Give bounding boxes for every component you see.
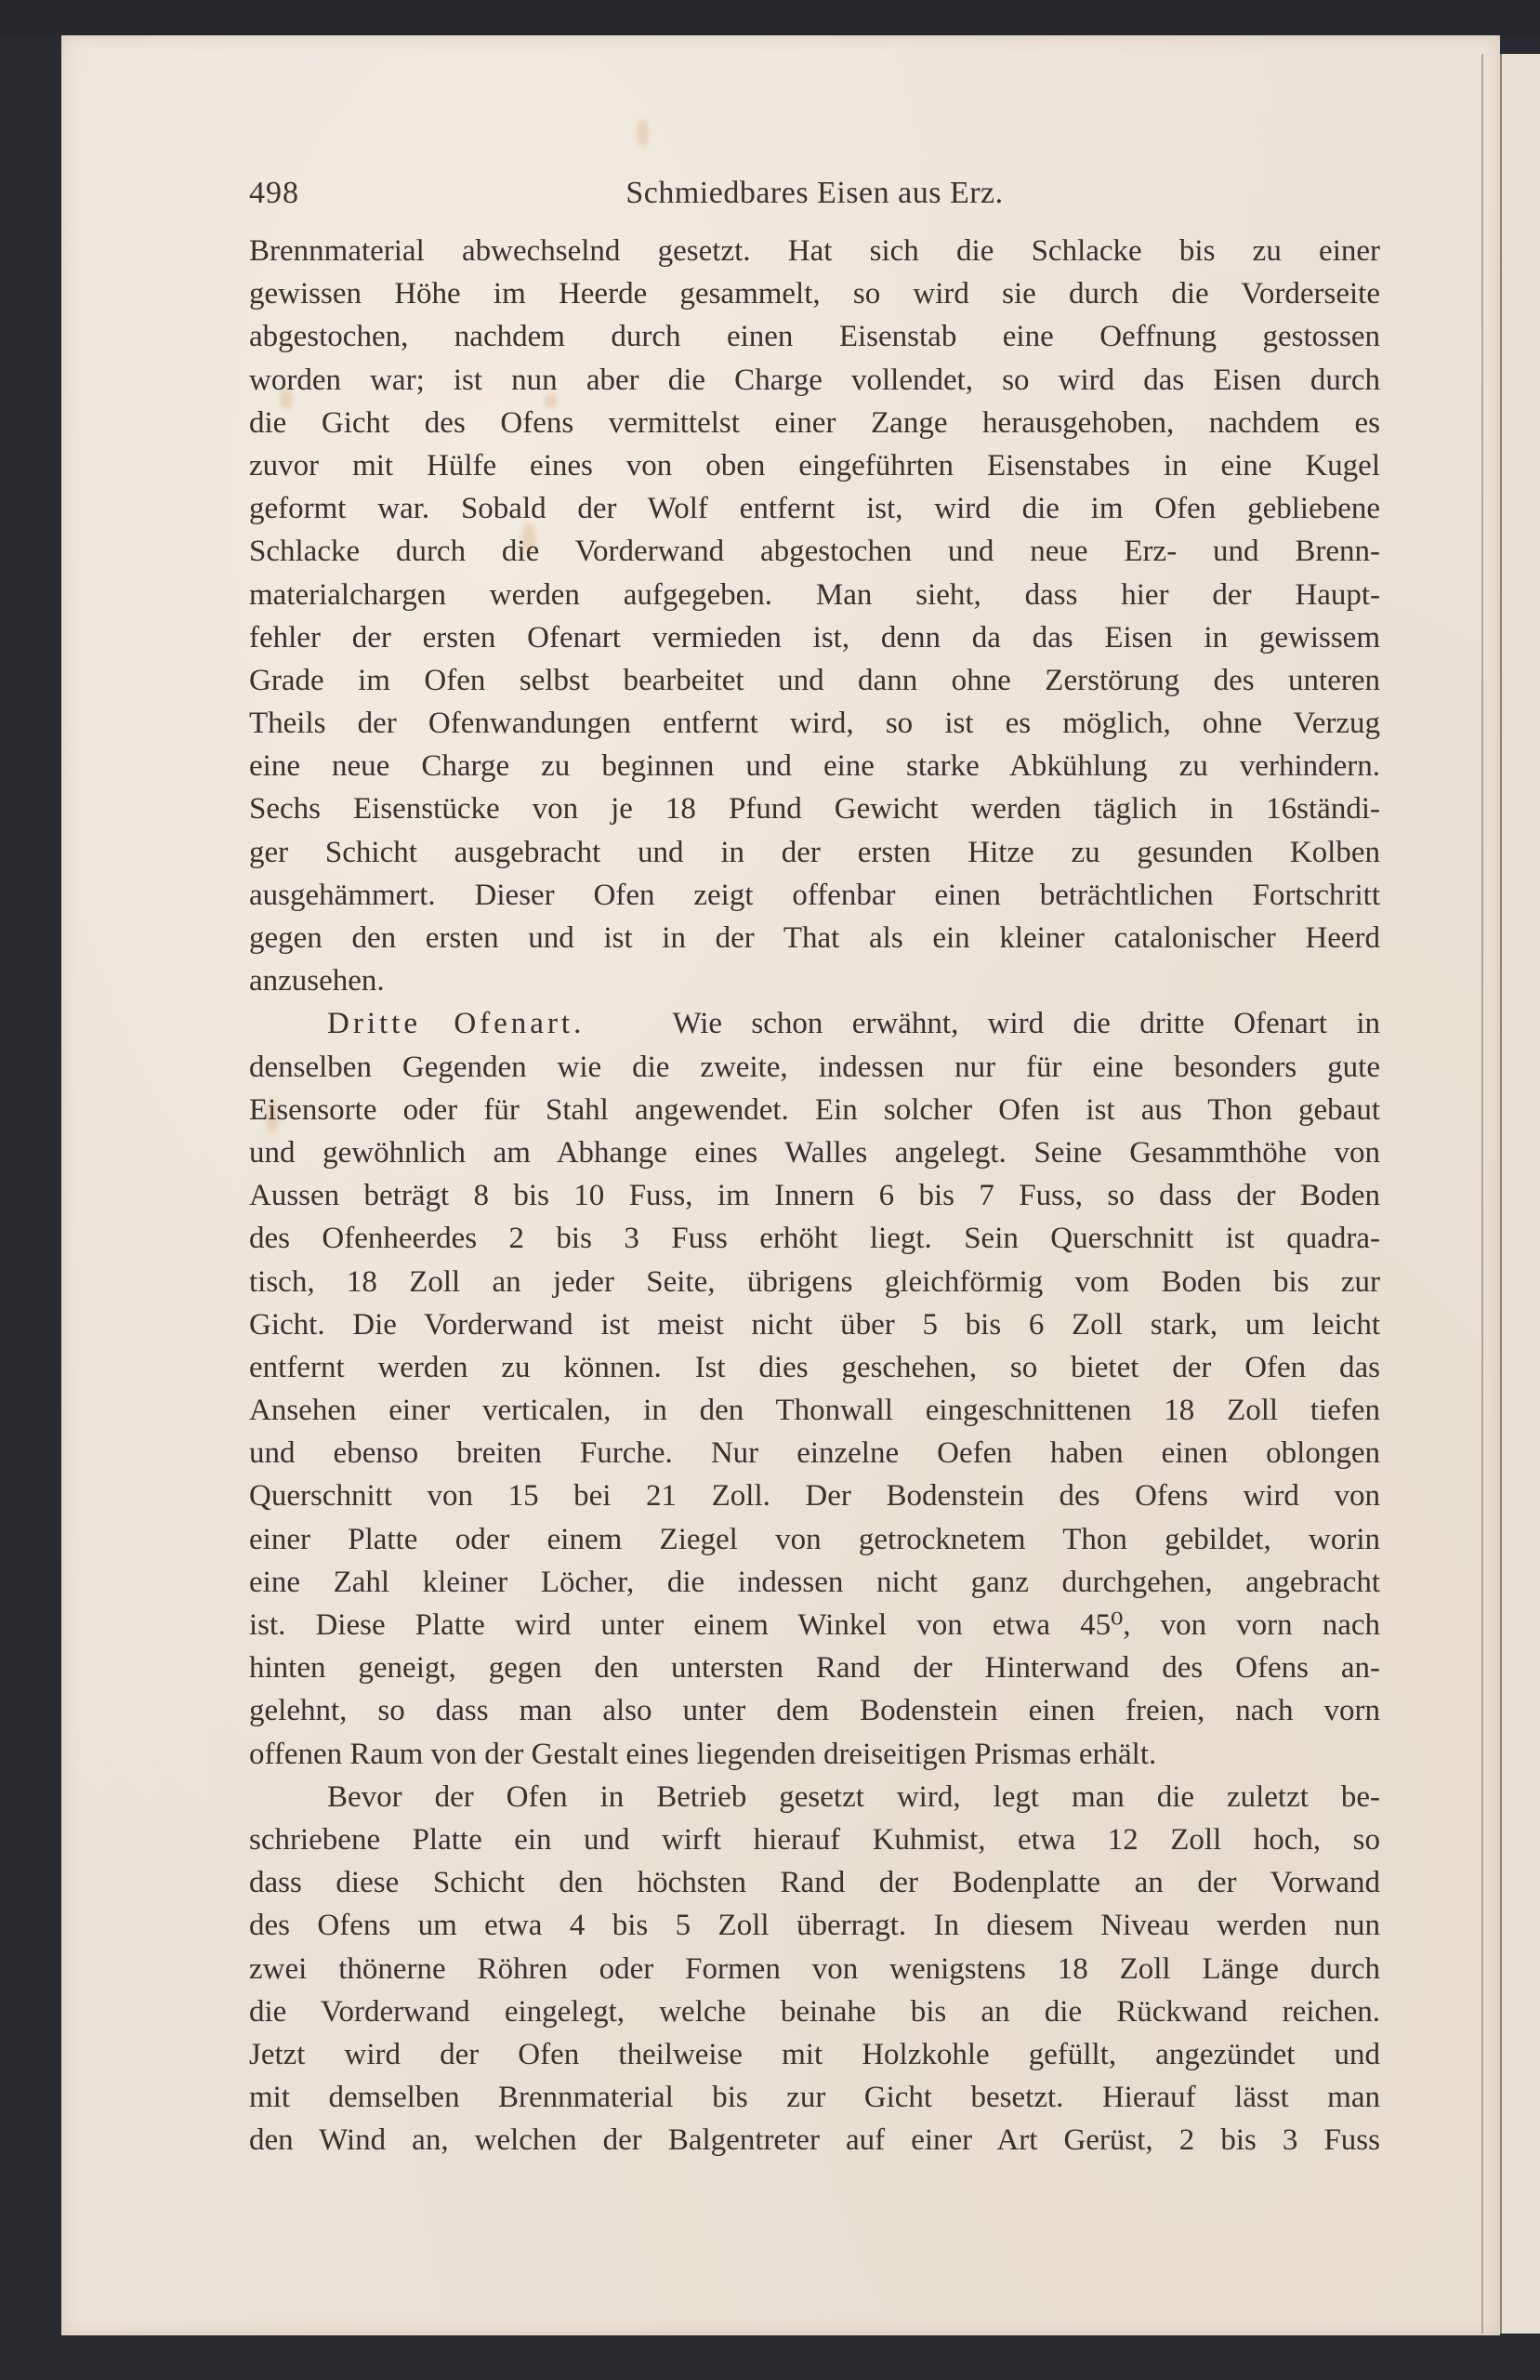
text-line: worden war; ist nun aber die Charge voll…	[249, 359, 1380, 402]
text-line: eine Zahl kleiner Löcher, die indessen n…	[249, 1561, 1380, 1604]
text-line: materialchargen werden aufgegeben. Man s…	[249, 574, 1380, 616]
text-line: Ansehen einer verticalen, in den Thonwal…	[249, 1389, 1380, 1432]
paragraph-1: Brennmaterial abwechselnd gesetzt. Hat s…	[249, 230, 1380, 1002]
text-line: anzusehen.	[249, 959, 1380, 1002]
text-line: des Ofenheerdes 2 bis 3 Fuss erhöht lieg…	[249, 1217, 1380, 1260]
text-line: Grade im Ofen selbst bearbeitet und dann…	[249, 659, 1380, 702]
text-line: Gicht. Die Vorderwand ist meist nicht üb…	[249, 1303, 1380, 1346]
text-line: geformt war. Sobald der Wolf entfernt is…	[249, 487, 1380, 530]
text-line: Dritte Ofenart. Wie schon erwähnt, wird …	[249, 1002, 1380, 1045]
text-line: ausgehämmert. Dieser Ofen zeigt offenbar…	[249, 874, 1380, 917]
text-line: Theils der Ofenwandungen entfernt wird, …	[249, 702, 1380, 745]
text-line: gewissen Höhe im Heerde gesammelt, so wi…	[249, 272, 1380, 315]
text-line: die Gicht des Ofens vermittelst einer Za…	[249, 402, 1380, 444]
text-line: hinten geneigt, gegen den untersten Rand…	[249, 1646, 1380, 1689]
paragraph-2: Dritte Ofenart. Wie schon erwähnt, wird …	[249, 1002, 1380, 1775]
text-line: gelehnt, so dass man also unter dem Bode…	[249, 1689, 1380, 1732]
running-title: Schmiedbares Eisen aus Erz.	[249, 176, 1380, 211]
text-line: dass diese Schicht den höchsten Rand der…	[249, 1861, 1380, 1904]
text-line: des Ofens um etwa 4 bis 5 Zoll überragt.…	[249, 1904, 1380, 1947]
page-gutter-line	[1481, 54, 1483, 2334]
paragraph-3: Bevor der Ofen in Betrieb gesetzt wird, …	[249, 1776, 1380, 2162]
text-line: schriebene Platte ein und wirft hierauf …	[249, 1818, 1380, 1861]
scan-frame-top	[0, 0, 1540, 37]
text-line: und gewöhnlich am Abhange eines Walles a…	[249, 1131, 1380, 1174]
text-line: entfernt werden zu können. Ist dies gesc…	[249, 1346, 1380, 1389]
running-header: 498 Schmiedbares Eisen aus Erz.	[249, 176, 1380, 217]
text-line: gegen den ersten und ist in der That als…	[249, 917, 1380, 959]
text-span: Wie schon erwähnt, wird die dritte Ofena…	[672, 1007, 1380, 1040]
section-heading: Dritte Ofenart.	[327, 1007, 585, 1040]
text-line: ger Schicht ausgebracht und in der erste…	[249, 831, 1380, 874]
text-line: denselben Gegenden wie die zweite, indes…	[249, 1046, 1380, 1089]
text-line: Aussen beträgt 8 bis 10 Fuss, im Innern …	[249, 1174, 1380, 1217]
text-line: zuvor mit Hülfe eines von oben eingeführ…	[249, 444, 1380, 487]
text-line: Schlacke durch die Vorderwand abgestoche…	[249, 530, 1380, 573]
text-line: die Vorderwand eingelegt, welche beinahe…	[249, 1990, 1380, 2033]
foxing-stain	[638, 119, 649, 147]
text-line: Eisensorte oder für Stahl angewendet. Ei…	[249, 1089, 1380, 1131]
text-line: Brennmaterial abwechselnd gesetzt. Hat s…	[249, 230, 1380, 272]
adjacent-page-edge	[1500, 54, 1540, 2334]
text-line: ist. Diese Platte wird unter einem Winke…	[249, 1604, 1380, 1646]
body-text: Brennmaterial abwechselnd gesetzt. Hat s…	[249, 230, 1380, 2162]
text-line: fehler der ersten Ofenart vermieden ist,…	[249, 616, 1380, 659]
text-line: einer Platte oder einem Ziegel von getro…	[249, 1518, 1380, 1561]
text-line: den Wind an, welchen der Balgentreter au…	[249, 2119, 1380, 2162]
text-line: offenen Raum von der Gestalt eines liege…	[249, 1733, 1380, 1776]
text-line: abgestochen, nachdem durch einen Eisenst…	[249, 315, 1380, 358]
text-line: Sechs Eisenstücke von je 18 Pfund Gewich…	[249, 787, 1380, 830]
text-line: Jetzt wird der Ofen theilweise mit Holzk…	[249, 2033, 1380, 2076]
text-line: Querschnitt von 15 bei 21 Zoll. Der Bode…	[249, 1474, 1380, 1517]
text-line: und ebenso breiten Furche. Nur einzelne …	[249, 1432, 1380, 1474]
text-line: Bevor der Ofen in Betrieb gesetzt wird, …	[249, 1776, 1380, 1818]
text-line: eine neue Charge zu beginnen und eine st…	[249, 745, 1380, 787]
text-line: tisch, 18 Zoll an jeder Seite, übrigens …	[249, 1261, 1380, 1303]
text-line: mit demselben Brennmaterial bis zur Gich…	[249, 2076, 1380, 2119]
text-line: zwei thönerne Röhren oder Formen von wen…	[249, 1948, 1380, 1990]
